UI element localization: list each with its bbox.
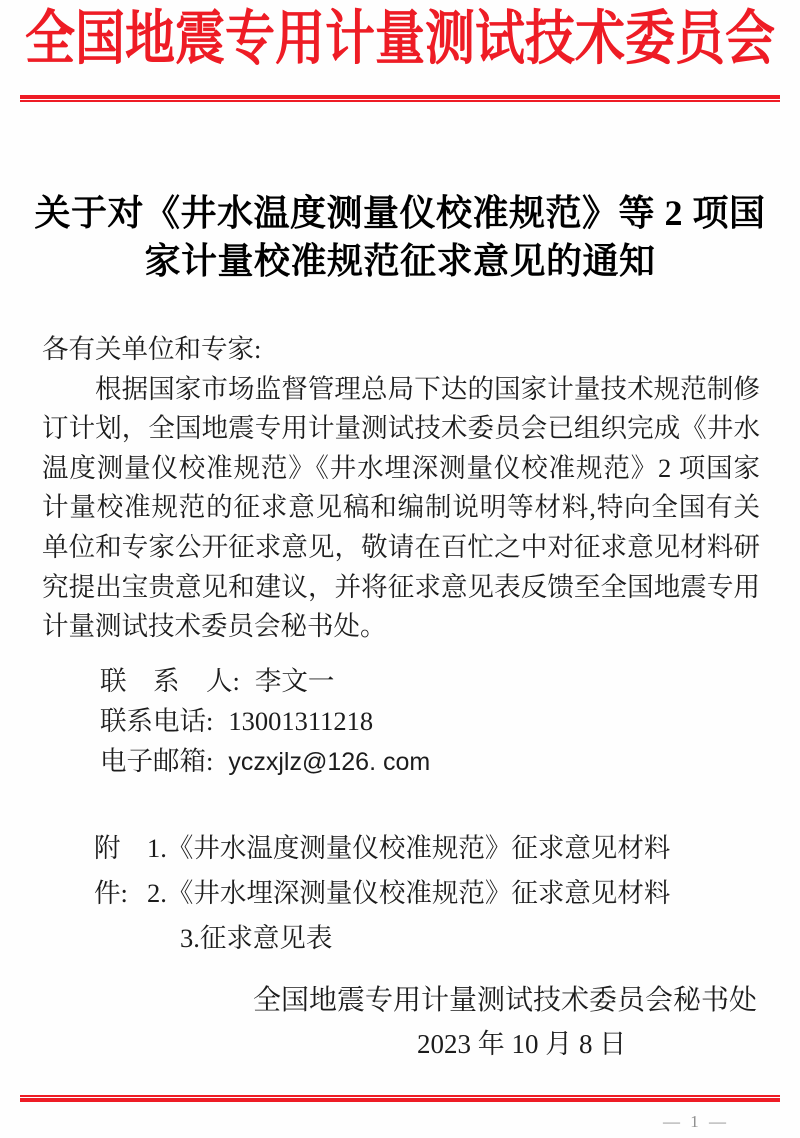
attachment-item-3: 3.征求意见表 (180, 916, 332, 961)
contact-email-value: yczxjlz@126. com (228, 748, 430, 776)
attachment-block: 附 1.《井水温度测量仪校准规范》征求意见材料 件: 2.《井水埋深测量仪校准规… (94, 826, 670, 961)
attachment-row-3: 3.征求意见表 (94, 916, 670, 961)
page-number: — 1 — (663, 1110, 729, 1134)
signature-date: 2023 年 10 月 8 日 (417, 1028, 626, 1060)
attachment-row-2: 件: 2.《井水埋深测量仪校准规范》征求意见材料 (94, 871, 670, 916)
contact-person-row: 联 系 人:李文一 (100, 661, 430, 701)
contact-email-row: 电子邮箱:yczxjlz@126. com (100, 741, 430, 781)
body-paragraph: 根据国家市场监督管理总局下达的国家计量技术规范制修订计划，全国地震专用计量测试技… (42, 370, 760, 647)
attachment-row-1: 附 1.《井水温度测量仪校准规范》征求意见材料 (94, 826, 670, 871)
letterhead-org-name: 全国地震专用计量测试技术委员会 (0, 2, 800, 75)
body-block: 各有关单位和专家: 根据国家市场监督管理总局下达的国家计量技术规范制修订计划，全… (42, 330, 760, 647)
attachment-item-2: 2.《井水埋深测量仪校准规范》征求意见材料 (147, 871, 670, 916)
document-title-line2: 家计量校准规范征求意见的通知 (30, 237, 770, 285)
attachment-label-top: 附 (94, 826, 147, 871)
attachment-label-empty (94, 916, 147, 961)
signature-org: 全国地震专用计量测试技术委员会秘书处 (253, 984, 757, 1018)
footer-double-rule (20, 1095, 780, 1102)
document-title-line1: 关于对《井水温度测量仪校准规范》等 2 项国 (30, 189, 770, 237)
document-page: 全国地震专用计量测试技术委员会 关于对《井水温度测量仪校准规范》等 2 项国 家… (0, 0, 800, 1138)
contact-person-value: 李文一 (255, 666, 335, 696)
contact-phone-row: 联系电话:13001311218 (100, 701, 430, 741)
contact-person-label: 联 系 人: (100, 666, 240, 696)
rule-thick-bar (20, 1098, 780, 1102)
contact-phone-label: 联系电话: (100, 706, 213, 736)
attachment-item-1: 1.《井水温度测量仪校准规范》征求意见材料 (147, 826, 670, 871)
letterhead-double-rule (20, 95, 780, 102)
attachment-label-bottom: 件: (94, 871, 147, 916)
salutation: 各有关单位和专家: (42, 330, 760, 370)
document-title: 关于对《井水温度测量仪校准规范》等 2 项国 家计量校准规范征求意见的通知 (30, 189, 770, 285)
contact-phone-value: 13001311218 (228, 706, 373, 736)
contact-block: 联 系 人:李文一 联系电话:13001311218 电子邮箱:yczxjlz@… (100, 661, 430, 781)
rule-thin-bar (20, 100, 780, 102)
contact-email-label: 电子邮箱: (100, 746, 213, 776)
